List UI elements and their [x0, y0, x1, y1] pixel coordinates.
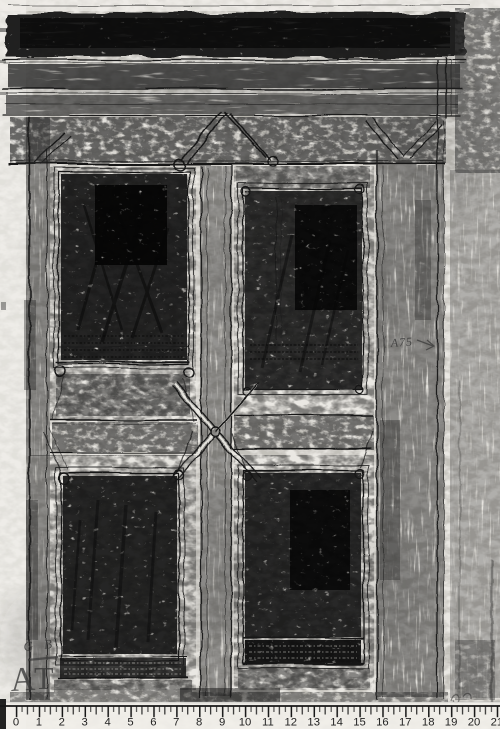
panel-upper-right [234, 166, 374, 416]
rubbing-canvas: G B A T A75 0 1 2 3 4 5 6 7 8 9 10 [0, 0, 500, 729]
carved-field [63, 476, 177, 654]
ruler-end-block [0, 699, 6, 729]
ruler-number: 10 [239, 717, 252, 729]
ruler-number: 8 [196, 717, 202, 729]
ruler-number: 11 [262, 717, 274, 729]
ruler-number: 3 [82, 717, 88, 729]
door-rubbing-artwork: G B A T A75 0 1 2 3 4 5 6 7 8 9 10 [0, 0, 500, 729]
ruler-number: 9 [219, 717, 225, 729]
ruler-number: 15 [353, 717, 366, 729]
ruler-number: 12 [285, 717, 298, 729]
panel-upper-left [50, 167, 196, 422]
ruler-number: 14 [330, 717, 343, 729]
ruler-number: 7 [173, 717, 179, 729]
ruler-number: 13 [307, 717, 320, 729]
ruler-number: 19 [445, 717, 458, 729]
ruler-number: 4 [104, 717, 110, 729]
ruler-number: 0 [13, 717, 19, 729]
ruler-number: 20 [468, 717, 481, 729]
monogram-letter-a: A [9, 661, 36, 699]
ruler-number: 17 [399, 717, 412, 729]
monogram-letter-t: T [34, 660, 54, 696]
ruler-number: 2 [59, 717, 65, 729]
right-margin-smudges [450, 170, 500, 706]
ruler-number: 16 [376, 717, 389, 729]
side-note-text: A75 [389, 334, 413, 350]
ruler-number: 1 [36, 717, 42, 729]
ruler-number: 6 [150, 717, 156, 729]
ruler-number: 5 [127, 717, 133, 729]
door-top-rail [8, 112, 446, 171]
panel-lower-left [44, 428, 196, 692]
ruler-number: 21 [491, 717, 500, 729]
ruler-number: 18 [422, 717, 435, 729]
panel-lower-right [232, 432, 374, 690]
measuring-ruler: 0 1 2 3 4 5 6 7 8 9 10 11 12 13 14 15 16… [0, 699, 500, 729]
